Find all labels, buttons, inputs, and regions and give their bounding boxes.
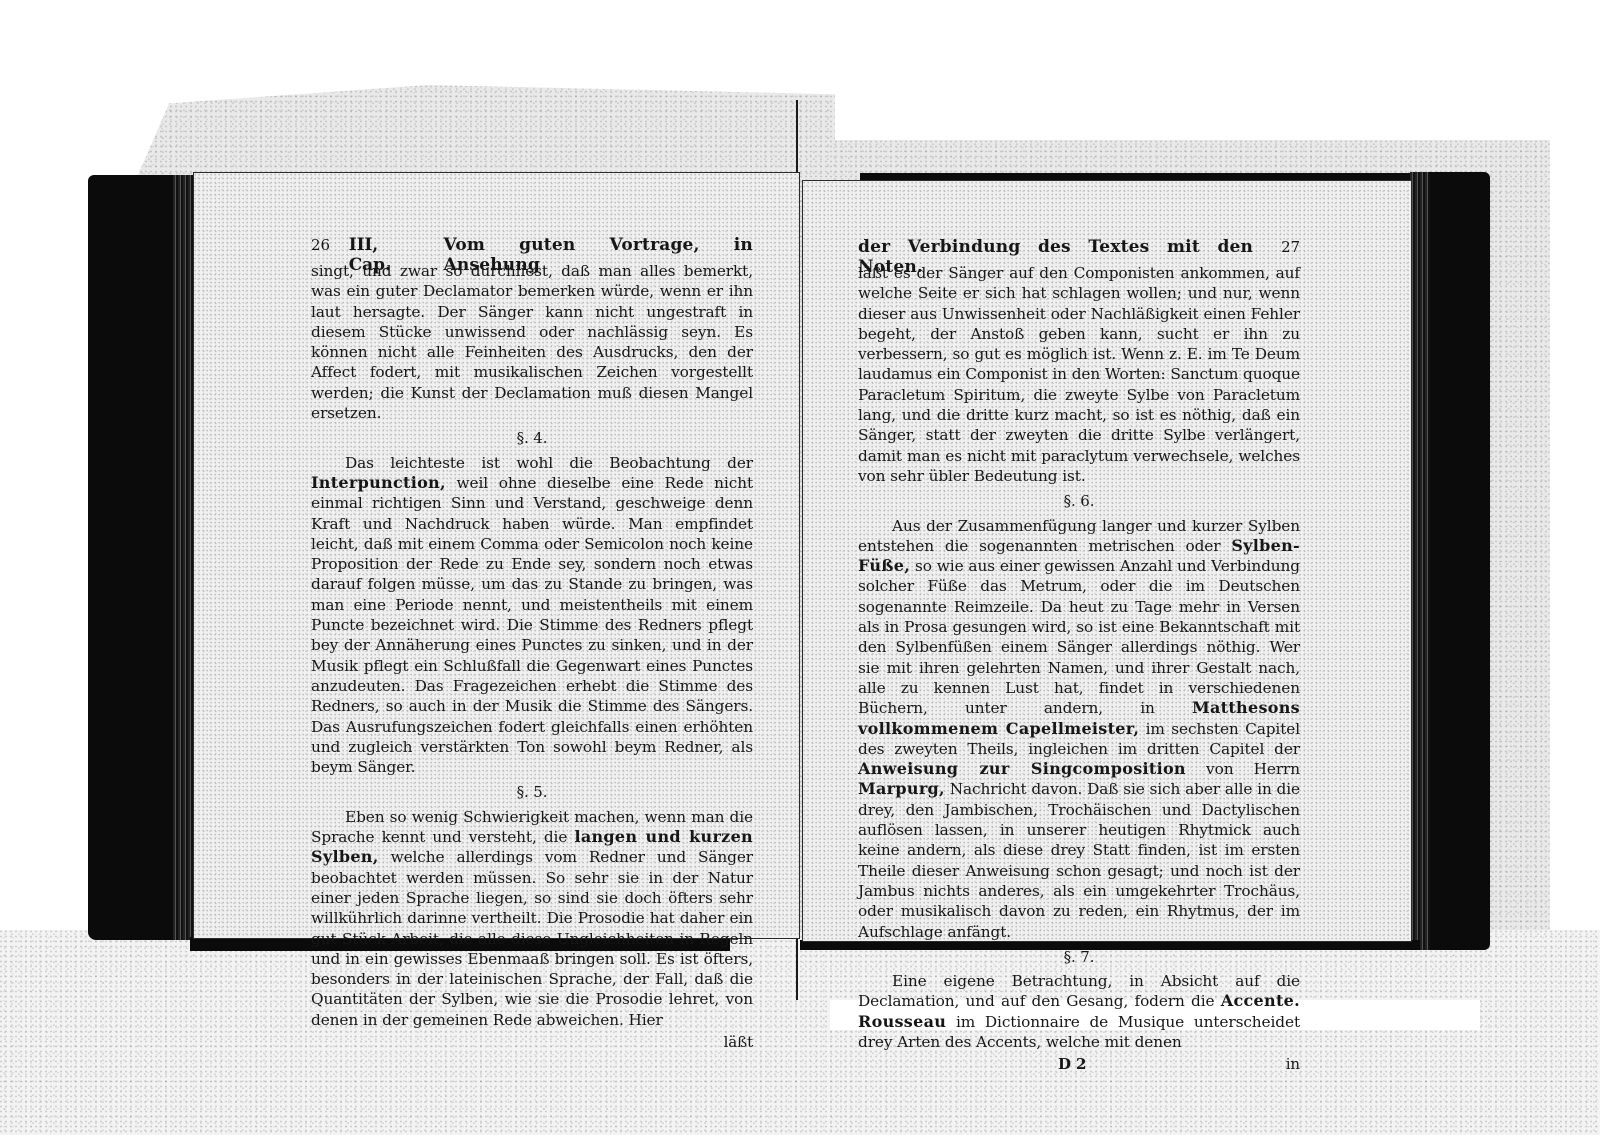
text-run: so wie aus einer gewissen Anzahl und Ver…: [858, 557, 1300, 717]
right-page-text-block: der Verbindung des Textes mit den Noten.…: [858, 237, 1300, 1075]
paragraph: läßt es der Sänger auf den Componisten a…: [858, 263, 1300, 486]
paragraph: Eben so wenig Schwierigkeit machen, wenn…: [311, 807, 753, 1030]
book-cover-right-edge: [1410, 172, 1490, 950]
emphasized-term: Rousseau: [858, 1012, 946, 1031]
left-page-body: singt, und zwar so durchliest, daß man a…: [311, 261, 753, 1030]
paragraph: singt, und zwar so durchliest, daß man a…: [311, 261, 753, 423]
section-heading: §. 5.: [311, 782, 753, 802]
text-run: von Herrn: [1186, 760, 1300, 778]
right-page-number: 27: [1281, 237, 1300, 257]
book-cover-left-edge: [88, 175, 193, 940]
left-footer: läßt: [311, 1032, 753, 1052]
paragraph: Aus der Zusammenfügung langer und kurzer…: [858, 516, 1300, 942]
text-run: welche allerdings vom Redner und Sänger …: [311, 848, 753, 1028]
emphasized-term: Interpunction,: [311, 473, 446, 492]
paragraph: Eine eigene Betrachtung, in Absicht auf …: [858, 971, 1300, 1052]
section-heading: §. 6.: [858, 491, 1300, 511]
emphasized-term: Anweisung zur Singcomposition: [858, 759, 1186, 778]
text-run: läßt es der Sänger auf den Componisten a…: [858, 264, 1300, 485]
text-run: Das leichteste ist wohl die Beobachtung …: [345, 454, 753, 472]
emphasized-term: Accente.: [1221, 991, 1300, 1010]
left-page-number: 26: [311, 235, 349, 255]
text-run: weil ohne dieselbe eine Rede nicht einma…: [311, 474, 753, 776]
left-running-title: Vom guten Vortrage, in Ansehung: [443, 235, 753, 276]
text-run: Nachricht davon. Daß sie sich aber alle …: [858, 780, 1300, 940]
right-page: der Verbindung des Textes mit den Noten.…: [802, 180, 1412, 942]
left-catchword: läßt: [724, 1032, 753, 1052]
chapter-label: III, Cap.: [349, 235, 422, 276]
text-run: singt, und zwar so durchliest, daß man a…: [311, 262, 753, 422]
right-footer: D 2 in: [858, 1054, 1300, 1074]
right-running-head: der Verbindung des Textes mit den Noten.…: [858, 237, 1300, 261]
section-heading: §. 7.: [858, 947, 1300, 967]
emphasized-term: Marpurg,: [858, 779, 945, 798]
left-running-head: 26 III, Cap. Vom guten Vortrage, in Anse…: [311, 235, 753, 259]
right-catchword: in: [1286, 1054, 1300, 1074]
left-page: 26 III, Cap. Vom guten Vortrage, in Anse…: [193, 172, 800, 939]
section-heading: §. 4.: [311, 428, 753, 448]
left-page-text-block: 26 III, Cap. Vom guten Vortrage, in Anse…: [311, 235, 753, 1052]
right-running-title: der Verbindung des Textes mit den Noten.: [858, 237, 1253, 278]
signature-mark: D 2: [1058, 1054, 1086, 1074]
right-page-body: läßt es der Sänger auf den Componisten a…: [858, 263, 1300, 1052]
paragraph: Das leichteste ist wohl die Beobachtung …: [311, 453, 753, 778]
